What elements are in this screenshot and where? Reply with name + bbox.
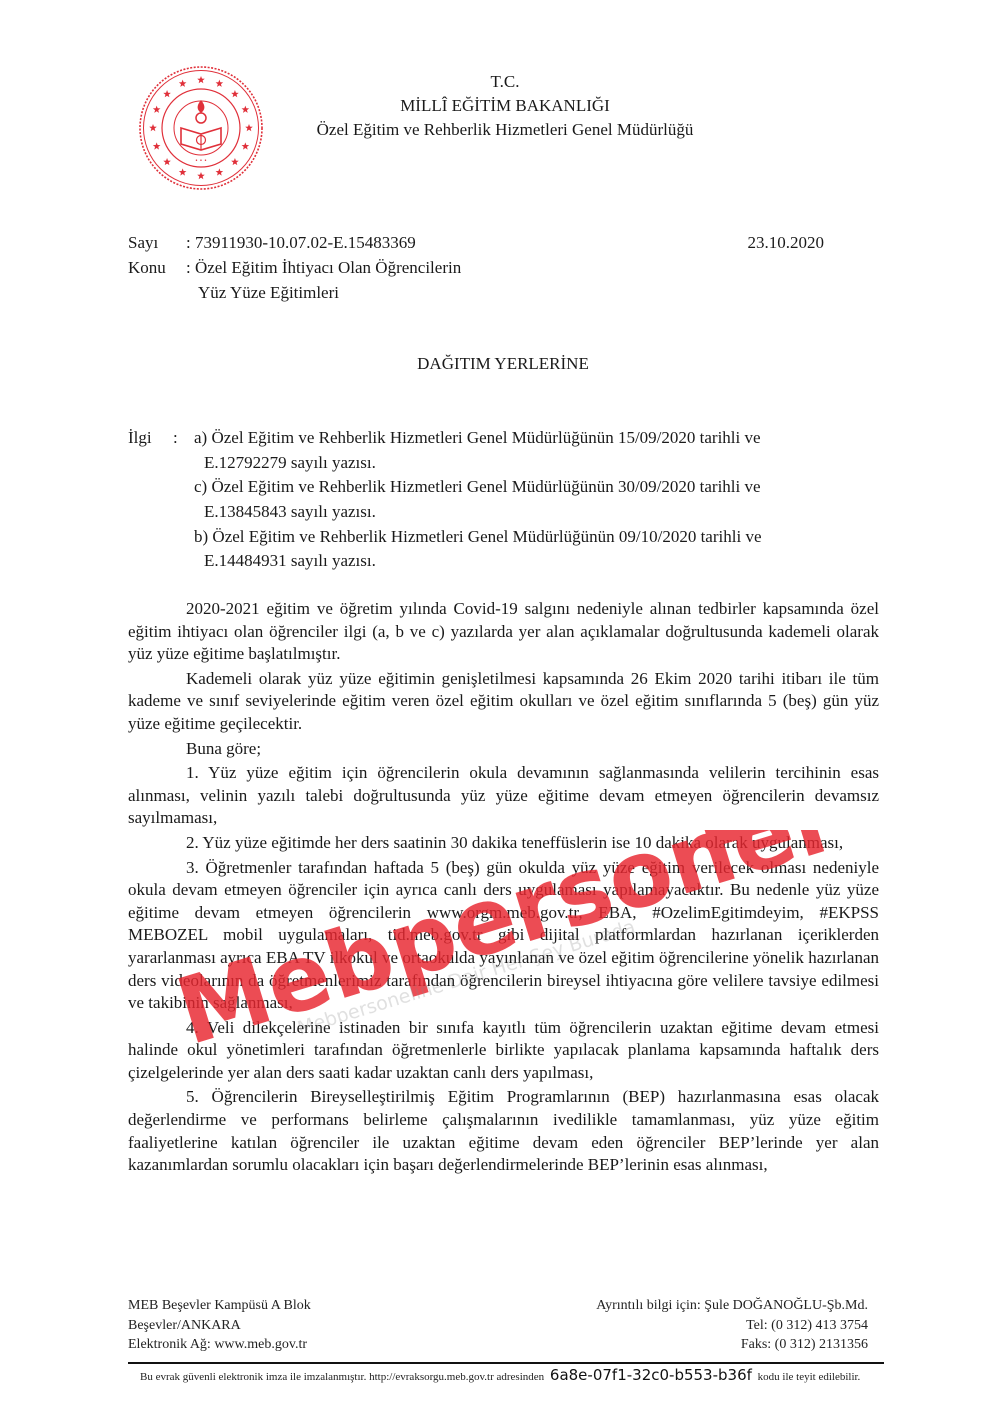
sayi-value: : 73911930-10.07.02-E.15483369 bbox=[186, 230, 416, 255]
contact-fax: Faks: (0 312) 2131356 bbox=[596, 1335, 868, 1355]
konu-value: : Özel Eğitim İhtiyacı Olan Öğrencilerin bbox=[186, 255, 461, 280]
header-tc: T.C. bbox=[290, 70, 720, 94]
list-item-2: 2. Yüz yüze eğitimde her ders saatinin 3… bbox=[128, 832, 879, 855]
verification-code: 6a8e-07f1-32c0-b553-b36f bbox=[550, 1366, 752, 1384]
esign-suffix: kodu ile teyit edilebilir. bbox=[758, 1371, 861, 1383]
reference-text: b) Özel Eğitim ve Rehberlik Hizmetleri G… bbox=[194, 525, 761, 550]
reference-text-cont: E.12792279 sayılı yazısı. bbox=[204, 451, 376, 476]
reference-text-cont: E.14484931 sayılı yazısı. bbox=[204, 549, 376, 574]
document-meta: Sayı : 73911930-10.07.02-E.15483369 23.1… bbox=[128, 230, 828, 305]
address-line: MEB Beşevler Kampüsü A Blok bbox=[128, 1296, 311, 1316]
contact-person: Ayrıntılı bilgi için: Şule DOĞANOĞLU-Şb.… bbox=[596, 1296, 868, 1316]
reference-item: İlgi : a) Özel Eğitim ve Rehberlik Hizme… bbox=[128, 426, 828, 451]
paragraph-intro: 2020-2021 eğitim ve öğretim yılında Covi… bbox=[128, 598, 879, 666]
list-item-1: 1. Yüz yüze eğitim için öğrencilerin oku… bbox=[128, 762, 879, 830]
document-page: • • • T.C. MİLLÎ EĞİTİM BAKANLIĞI Özel E… bbox=[0, 0, 1000, 1415]
svg-text:• • •: • • • bbox=[195, 158, 207, 164]
konu-row: Konu : Özel Eğitim İhtiyacı Olan Öğrenci… bbox=[128, 255, 828, 280]
list-item-5: 5. Öğrencilerin Bireyselleştirilmiş Eğit… bbox=[128, 1086, 879, 1176]
addressee: DAĞITIM YERLERİNE bbox=[0, 354, 1000, 374]
list-item-3: 3. Öğretmenler tarafından haftada 5 (beş… bbox=[128, 857, 879, 1015]
list-item-4: 4. Veli dilekçelerine istinaden bir sını… bbox=[128, 1017, 879, 1085]
reference-item: c) Özel Eğitim ve Rehberlik Hizmetleri G… bbox=[128, 475, 828, 500]
reference-label: İlgi bbox=[128, 426, 152, 451]
esign-prefix: Bu evrak güvenli elektronik imza ile imz… bbox=[140, 1371, 544, 1383]
address-line: Beşevler/ANKARA bbox=[128, 1316, 311, 1336]
addressee-text: DAĞITIM YERLERİNE bbox=[417, 354, 589, 373]
header-ministry: MİLLÎ EĞİTİM BAKANLIĞI bbox=[290, 94, 720, 118]
reference-text: a) Özel Eğitim ve Rehberlik Hizmetleri G… bbox=[194, 426, 761, 451]
reference-item: b) Özel Eğitim ve Rehberlik Hizmetleri G… bbox=[128, 525, 828, 550]
reference-list: İlgi : a) Özel Eğitim ve Rehberlik Hizme… bbox=[128, 426, 828, 574]
document-date: 23.10.2020 bbox=[748, 230, 825, 255]
paragraph-expansion: Kademeli olarak yüz yüze eğitimin genişl… bbox=[128, 668, 879, 736]
sayi-label: Sayı bbox=[128, 230, 158, 255]
sayi-row: Sayı : 73911930-10.07.02-E.15483369 23.1… bbox=[128, 230, 828, 255]
konu-value-continued: Yüz Yüze Eğitimleri bbox=[198, 280, 339, 305]
institution-header: T.C. MİLLÎ EĞİTİM BAKANLIĞI Özel Eğitim … bbox=[290, 70, 720, 142]
website-line: Elektronik Ağ: www.meb.gov.tr bbox=[128, 1335, 311, 1355]
footer-divider bbox=[128, 1362, 884, 1364]
e-signature-note: Bu evrak güvenli elektronik imza ile imz… bbox=[140, 1366, 890, 1384]
footer-address: MEB Beşevler Kampüsü A Blok Beşevler/ANK… bbox=[128, 1296, 311, 1355]
reference-text-cont: E.13845843 sayılı yazısı. bbox=[204, 500, 376, 525]
konu-row-2: Yüz Yüze Eğitimleri bbox=[128, 280, 828, 305]
footer-contact: Ayrıntılı bilgi için: Şule DOĞANOĞLU-Şb.… bbox=[596, 1296, 868, 1355]
contact-phone: Tel: (0 312) 413 3754 bbox=[596, 1316, 868, 1336]
header-directorate: Özel Eğitim ve Rehberlik Hizmetleri Gene… bbox=[290, 118, 720, 142]
konu-label: Konu bbox=[128, 255, 166, 280]
reference-text: c) Özel Eğitim ve Rehberlik Hizmetleri G… bbox=[194, 475, 761, 500]
ministry-seal-icon: • • • bbox=[137, 64, 265, 192]
reference-colon: : bbox=[173, 426, 178, 451]
document-body: 2020-2021 eğitim ve öğretim yılında Covi… bbox=[128, 598, 879, 1179]
paragraph-accordingly: Buna göre; bbox=[128, 738, 879, 761]
